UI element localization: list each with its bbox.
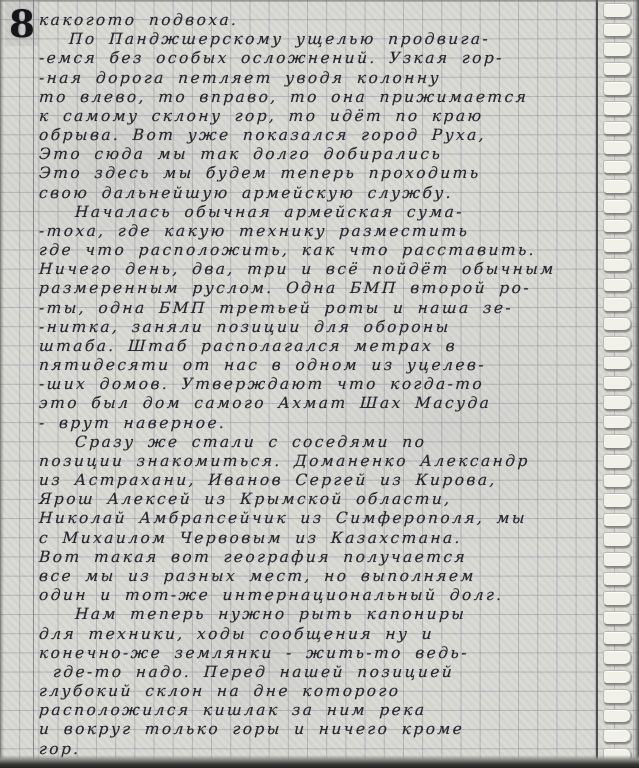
binding-hole-tab	[603, 513, 631, 528]
binding-hole-tab	[603, 376, 631, 391]
handwritten-line: глубокий склон на дне которого	[38, 682, 597, 701]
binding-hole-tab	[603, 689, 631, 704]
binding-hole-tab	[603, 3, 631, 18]
binding-hole-tab	[603, 532, 631, 547]
binding-hole-tab	[603, 219, 631, 234]
handwritten-line: пятидесяти от нас в одном из уцелев-	[38, 356, 597, 375]
binding-hole-tab	[603, 258, 631, 273]
handwritten-line: гор.	[38, 740, 597, 759]
handwritten-line: - врут наверное.	[38, 414, 597, 433]
binding-hole-tab	[603, 611, 631, 626]
handwritten-line: конечно-же землянки - жить-то ведь-	[38, 644, 597, 663]
scan-edge-left	[0, 0, 4, 768]
handwritten-line: где-то надо. Перед нашей позицией	[38, 663, 597, 682]
handwritten-line: Сразу же стали с соседями по	[38, 433, 597, 452]
handwritten-line: свою дальнейшую армейскую службу.	[38, 184, 597, 203]
binding-hole-tab	[603, 199, 631, 214]
binding-hole-tab	[603, 297, 631, 312]
handwritten-line: -ших домов. Утверждают что когда-то	[38, 375, 597, 394]
handwritten-line: -тоха, где какую технику разместить	[38, 222, 597, 241]
handwritten-line: Это сюда мы так долго добирались	[38, 145, 597, 164]
binding-hole-tab	[603, 160, 631, 175]
handwritten-line: где что расположить, как что расставить.	[38, 241, 597, 260]
binding-hole-tab	[603, 493, 631, 508]
handwritten-line: расположился кишлак за ним река	[38, 701, 597, 720]
handwritten-line: один и тот-же интернациональный долг.	[38, 586, 597, 605]
handwritten-line: к самому склону гор, то идёт по краю	[38, 107, 597, 126]
binding-hole-tab	[603, 474, 631, 489]
binding-hole-tab	[603, 238, 631, 253]
handwritten-line: Ничего день, два, три и всё пойдёт обычн…	[38, 260, 597, 279]
binding-hole-tab	[603, 670, 631, 685]
handwritten-line: какогото подвоха.	[38, 11, 597, 30]
handwritten-line: По Панджшерскому ущелью продвига-	[38, 30, 597, 49]
binding-hole-tab	[603, 729, 631, 744]
binding-hole-tab	[603, 434, 631, 449]
binding-hole-tab	[603, 631, 631, 646]
left-margin-line	[33, 0, 34, 768]
binding-hole-tab	[603, 278, 631, 293]
handwritten-line: это был дом самого Ахмат Шах Масуда	[38, 394, 597, 413]
binding-hole-tab	[603, 336, 631, 351]
scan-edge-top	[0, 0, 639, 2]
binding-hole-tab	[603, 179, 631, 194]
handwritten-line: -нитка, заняли позиции для обороны	[38, 318, 597, 337]
binding-hole-tab	[603, 23, 631, 38]
handwritten-line: то влево, то вправо, то она прижимается	[38, 88, 597, 107]
binding-hole-tab	[603, 356, 631, 371]
binding-hole-tab	[603, 591, 631, 606]
spiral-binding-remnants	[603, 3, 631, 763]
binding-hole-tab	[603, 572, 631, 587]
handwritten-line: позиции знакомиться. Доманенко Александр	[38, 452, 597, 471]
binding-hole-tab	[603, 395, 631, 410]
binding-hole-tab	[603, 415, 631, 430]
handwritten-line: Нам теперь нужно рыть капониры	[38, 605, 597, 624]
handwritten-line: размеренным руслом. Одна БМП второй ро-	[38, 279, 597, 298]
binding-hole-tab	[603, 81, 631, 96]
binding-hole-tab	[603, 101, 631, 116]
page-number: 8	[5, 2, 39, 46]
handwritten-line: Это здесь мы будем теперь проходить	[38, 164, 597, 183]
binding-hole-tab	[603, 317, 631, 332]
binding-hole-tab	[603, 709, 631, 724]
handwritten-line: для техники, ходы сообщения ну и	[38, 625, 597, 644]
handwritten-line: Началась обычная армейская сума-	[38, 203, 597, 222]
binding-hole-tab	[603, 62, 631, 77]
notebook-page: 8 какогото подвоха.По Панджшерскому ущел…	[0, 0, 639, 768]
binding-hole-tab	[603, 650, 631, 665]
binding-hole-tab	[603, 140, 631, 155]
handwritten-line: с Михаилом Червовым из Казахстана.	[38, 529, 597, 548]
handwritten-line: из Астрахани, Иванов Сергей из Кирова,	[38, 471, 597, 490]
handwritten-line: обрыва. Вот уже показался город Руха,	[38, 126, 597, 145]
handwritten-line: -ты, одна БМП третьей роты и наша зе-	[38, 299, 597, 318]
handwriting-text: какогото подвоха.По Панджшерскому ущелью…	[39, 11, 597, 759]
handwritten-line: Николай Амбрапсейчик из Симферополя, мы	[38, 509, 597, 528]
binding-hole-tab	[603, 454, 631, 469]
binding-hole-tab	[603, 552, 631, 567]
handwritten-line: все мы из разных мест, но выполняем	[38, 567, 597, 586]
handwritten-line: Ярош Алексей из Крымской области,	[38, 490, 597, 509]
handwritten-line: и вокруг только горы и ничего кроме	[38, 720, 597, 739]
handwritten-line: -ная дорога петляет уводя колонну	[38, 69, 597, 88]
binding-hole-tab	[603, 121, 631, 136]
scan-edge-right	[634, 0, 639, 768]
handwritten-line: -емся без особых осложнений. Узкая гор-	[38, 49, 597, 68]
binding-hole-tab	[603, 42, 631, 57]
handwritten-line: штаба. Штаб располагался метрах в	[38, 337, 597, 356]
handwritten-line: Вот такая вот география получается	[38, 548, 597, 567]
binding-hole-tab	[603, 748, 631, 763]
